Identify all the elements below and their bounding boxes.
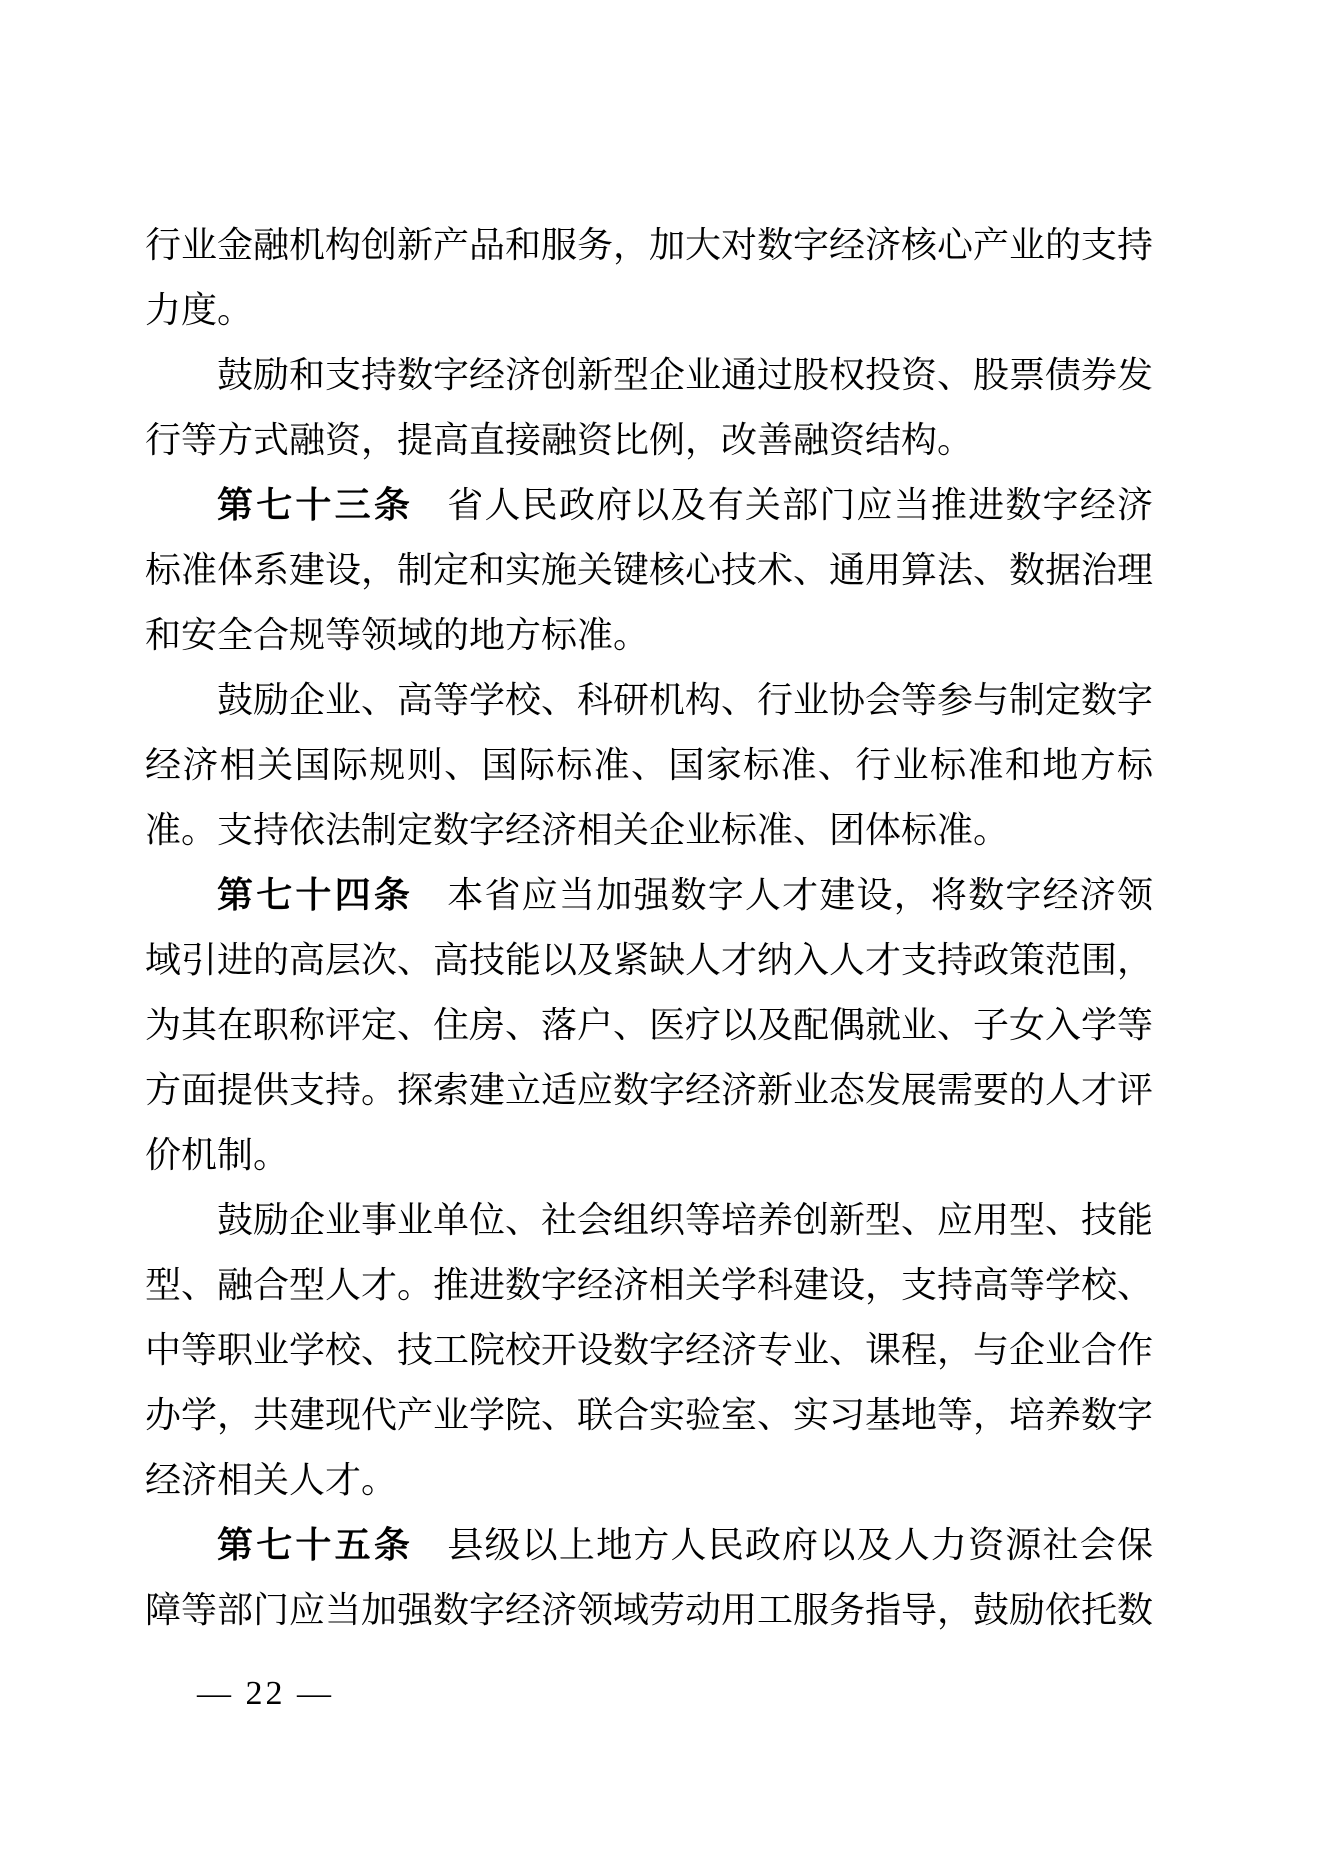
paragraph-text: 鼓励企业、高等学校、科研机构、行业协会等参与制定数字经济相关国际规则、国际标准、… bbox=[145, 680, 1153, 850]
paragraph-text: 鼓励企业事业单位、社会组织等培养创新型、应用型、技能型、融合型人才。推进数字经济… bbox=[145, 1200, 1153, 1500]
paragraph-text: 鼓励和支持数字经济创新型企业通过股权投资、股票债券发行等方式融资，提高直接融资比… bbox=[145, 355, 1153, 460]
document-page: 行业金融机构创新产品和服务，加大对数字经济核心产业的支持力度。 鼓励和支持数字经… bbox=[0, 0, 1323, 1871]
paragraph-2: 鼓励和支持数字经济创新型企业通过股权投资、股票债券发行等方式融资，提高直接融资比… bbox=[145, 343, 1153, 473]
article-73-number: 第七十三条 bbox=[217, 485, 413, 525]
article-74-number: 第七十四条 bbox=[217, 875, 413, 915]
article-75-number: 第七十五条 bbox=[217, 1525, 413, 1565]
paragraph-article-73: 第七十三条省人民政府以及有关部门应当推进数字经济标准体系建设，制定和实施关键核心… bbox=[145, 473, 1153, 668]
paragraph-6: 鼓励企业事业单位、社会组织等培养创新型、应用型、技能型、融合型人才。推进数字经济… bbox=[145, 1188, 1153, 1513]
paragraph-text: 本省应当加强数字人才建设，将数字经济领域引进的高层次、高技能以及紧缺人才纳入人才… bbox=[145, 875, 1153, 1175]
paragraph-article-75: 第七十五条县级以上地方人民政府以及人力资源社会保障等部门应当加强数字经济领域劳动… bbox=[145, 1513, 1153, 1643]
paragraph-4: 鼓励企业、高等学校、科研机构、行业协会等参与制定数字经济相关国际规则、国际标准、… bbox=[145, 668, 1153, 863]
paragraph-1: 行业金融机构创新产品和服务，加大对数字经济核心产业的支持力度。 bbox=[145, 213, 1153, 343]
paragraph-text: 行业金融机构创新产品和服务，加大对数字经济核心产业的支持力度。 bbox=[145, 225, 1153, 330]
document-body: 行业金融机构创新产品和服务，加大对数字经济核心产业的支持力度。 鼓励和支持数字经… bbox=[145, 213, 1153, 1643]
page-number: — 22 — bbox=[197, 1674, 334, 1714]
paragraph-article-74: 第七十四条本省应当加强数字人才建设，将数字经济领域引进的高层次、高技能以及紧缺人… bbox=[145, 863, 1153, 1188]
